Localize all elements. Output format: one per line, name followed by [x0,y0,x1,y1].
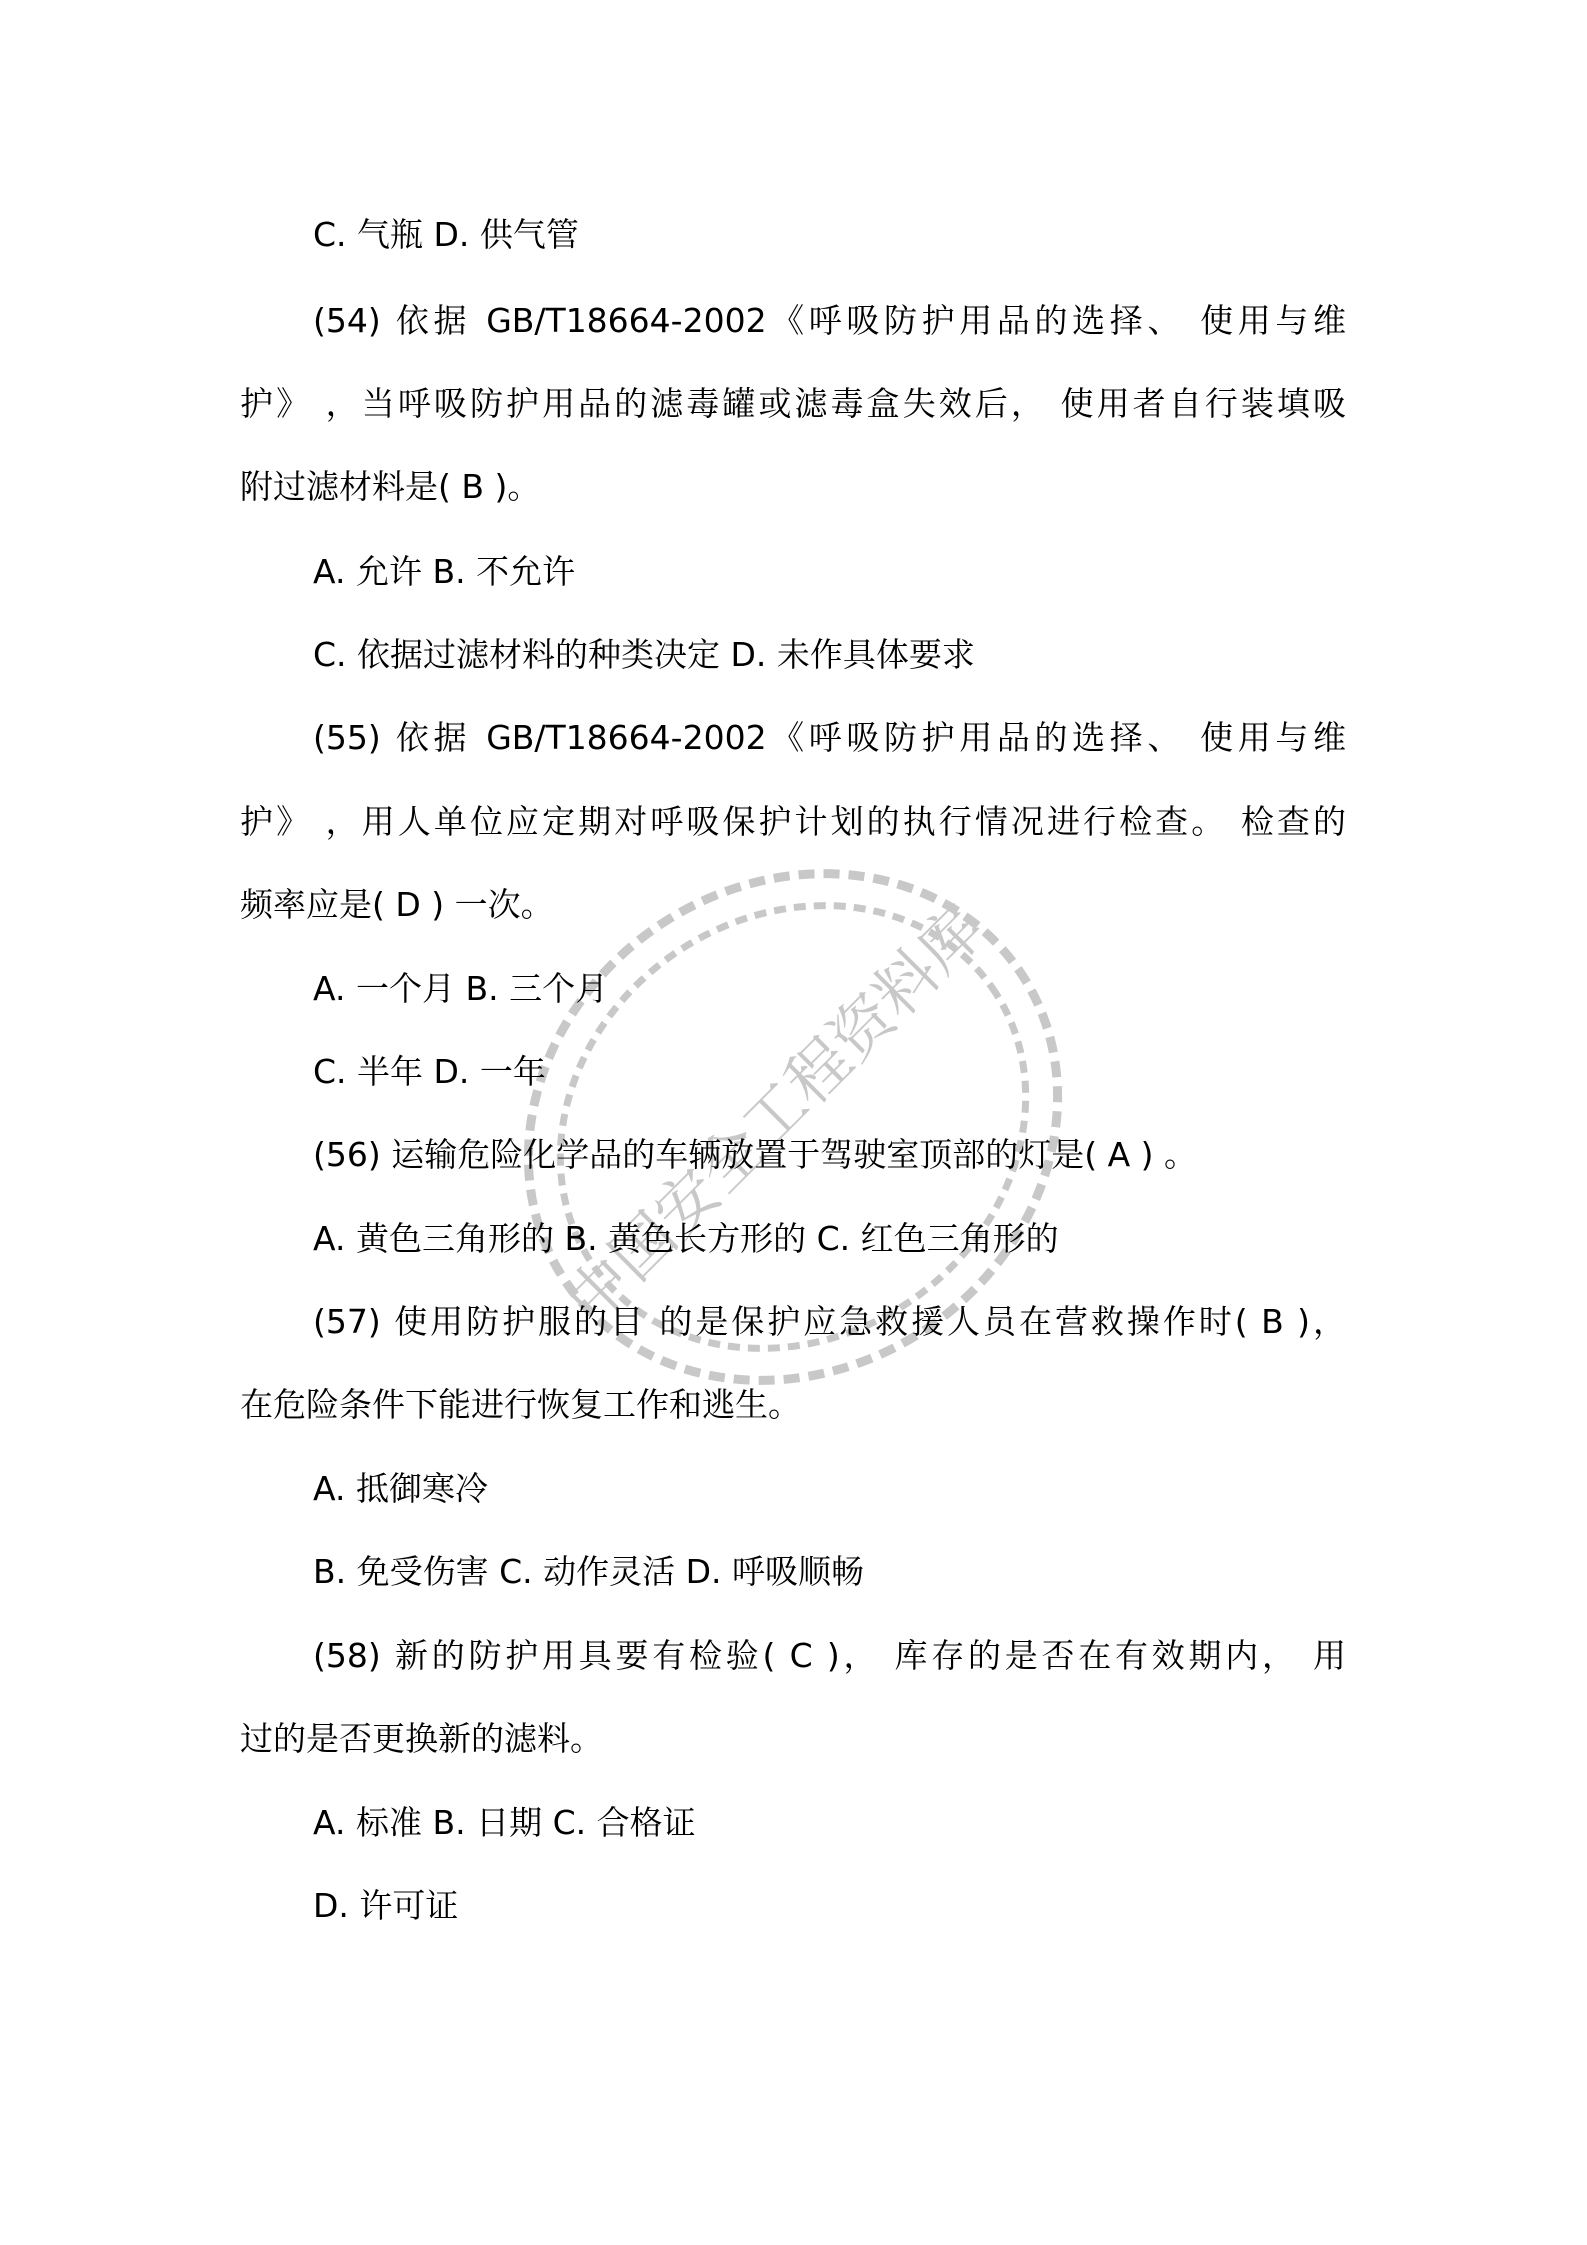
watermark-circle-icon [429,771,1157,1483]
text-line: D. 许可证 [313,1884,458,1928]
text-line: A. 标准 B. 日期 C. 合格证 [313,1801,696,1845]
text-line: (57) 使用防护服的目 的是保护应急救援人员在营救操作时( B )， [313,1300,1346,1344]
text-line: A. 抵御寒冷 [313,1467,488,1511]
text-line: 在危险条件下能进行恢复工作和逃生。 [240,1383,801,1427]
text-line: A. 黄色三角形的 B. 黄色长方形的 C. 红色三角形的 [313,1217,1059,1261]
text-line: 过的是否更换新的滤料。 [240,1717,603,1761]
text-line: (54) 依据 GB/T18664-2002《呼吸防护用品的选择、 使用与维 [313,299,1346,343]
text-line: C. 半年 D. 一年 [313,1050,546,1094]
text-line: (58) 新的防护用具要有检验( C )， 库存的是否在有效期内， 用 [313,1634,1346,1678]
text-line: (55) 依据 GB/T18664-2002《呼吸防护用品的选择、 使用与维 [313,716,1346,760]
text-line: C. 气瓶 D. 供气管 [313,213,579,257]
watermark-text: 中国安全工程资料库 [552,892,998,1338]
text-line: B. 免受伤害 C. 动作灵活 D. 呼吸顺畅 [313,1550,864,1594]
text-line: 频率应是( D ) 一次。 [240,883,554,927]
text-line: 护》 ，当呼吸防护用品的滤毒罐或滤毒盒失效后， 使用者自行装填吸 [240,382,1346,426]
text-line: (56) 运输危险化学品的车辆放置于驾驶室顶部的灯是( A ) 。 [313,1133,1197,1177]
text-line: 护》 ，用人单位应定期对呼吸保护计划的执行情况进行检查。 检查的 [240,800,1346,844]
text-line: A. 允许 B. 不允许 [313,550,575,594]
text-line: A. 一个月 B. 三个月 [313,967,608,1011]
document-page: 中国安全工程资料库 C. 气瓶 D. 供气管(54) 依据 GB/T18664-… [0,0,1587,2245]
text-line: C. 依据过滤材料的种类决定 D. 未作具体要求 [313,633,975,677]
text-line: 附过滤材料是( B )。 [240,465,540,509]
